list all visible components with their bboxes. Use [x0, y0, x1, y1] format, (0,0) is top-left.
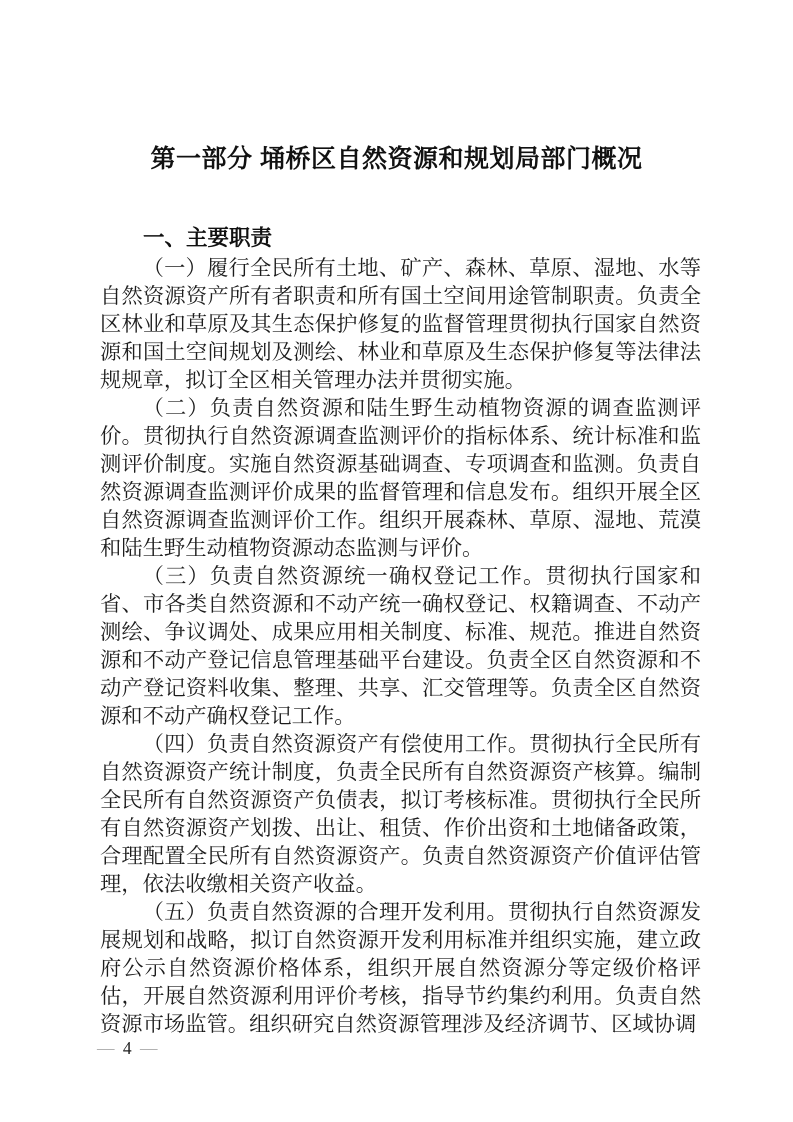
- duty-paragraph-4: （四）负责自然资源资产有偿使用工作。贯彻执行全民所有自然资源资产统计制度，负责全…: [100, 730, 701, 898]
- duty-paragraph-1: （一）履行全民所有土地、矿产、森林、草原、湿地、水等自然资源资产所有者职责和所有…: [100, 254, 701, 394]
- duty-paragraph-3: （三）负责自然资源统一确权登记工作。贯彻执行国家和省、市各类自然资源和不动产统一…: [100, 562, 701, 730]
- duty-paragraph-2: （二）负责自然资源和陆生野生动植物资源的调查监测评价。贯彻执行自然资源调查监测评…: [100, 394, 701, 562]
- document-page: 第一部分 埇桥区自然资源和规划局部门概况 一、主要职责 （一）履行全民所有土地、…: [0, 0, 793, 1122]
- section-heading-main-duties: 一、主要职责: [143, 225, 272, 251]
- duty-paragraph-5: （五）负责自然资源的合理开发利用。贯彻执行自然资源发展规划和战略，拟订自然资源开…: [100, 898, 701, 1038]
- page-number-dash-right: —: [140, 1038, 158, 1058]
- page-number-value: 4: [123, 1038, 132, 1058]
- page-number: — 4 —: [97, 1037, 158, 1059]
- document-title: 第一部分 埇桥区自然资源和规划局部门概况: [0, 142, 793, 176]
- document-body: （一）履行全民所有土地、矿产、森林、草原、湿地、水等自然资源资产所有者职责和所有…: [100, 254, 701, 1038]
- page-number-dash-left: —: [97, 1038, 115, 1058]
